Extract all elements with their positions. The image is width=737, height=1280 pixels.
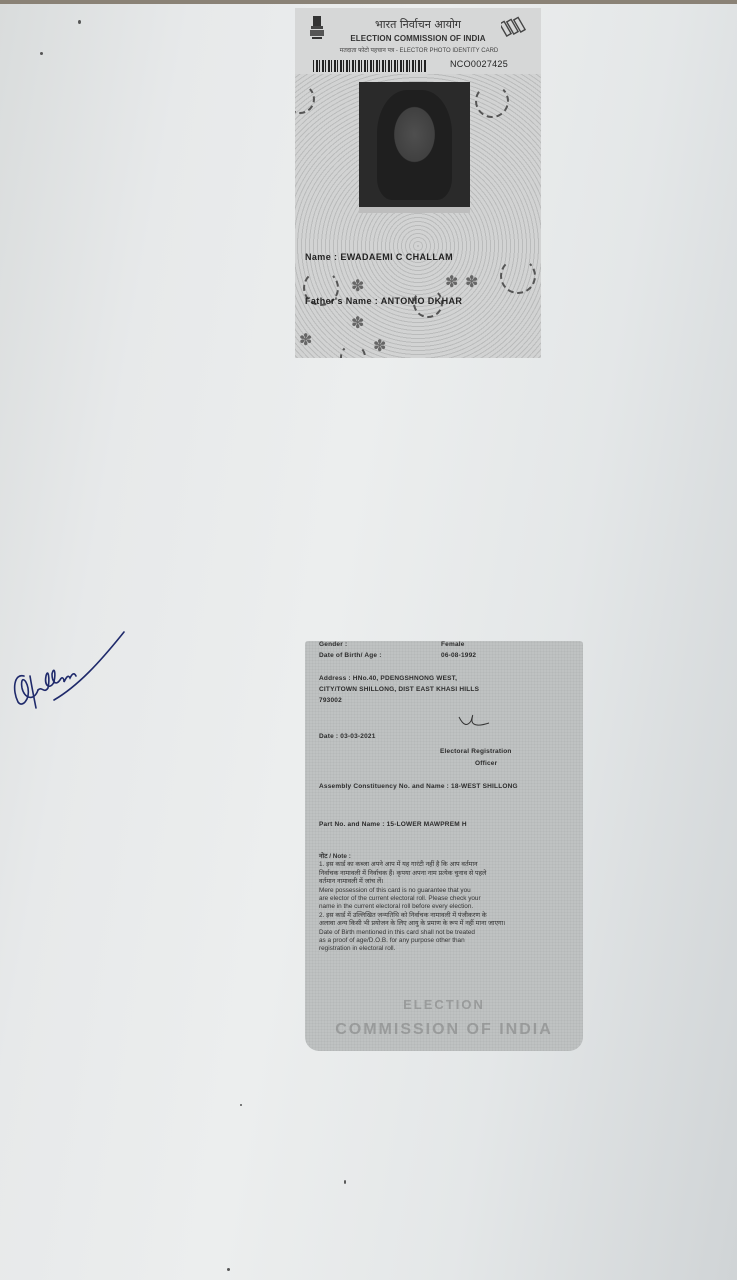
constituency-label: Assembly Constituency No. and Name : — [319, 783, 449, 790]
atom-pattern-icon: ✽ — [351, 276, 364, 296]
address-line-1: Address : HNo.40, PDENGSHNONG WEST, — [319, 675, 457, 682]
dob-label: Date of Birth/ Age : — [319, 652, 382, 659]
gender-label: Gender : — [319, 641, 347, 648]
name-value: EWADAEMI C CHALLAM — [340, 252, 453, 262]
watermark-line-2: COMMISSION OF INDIA — [305, 1021, 583, 1039]
paper-top-edge — [0, 0, 737, 4]
note-line: 2. इस कार्ड में उल्लिखित जन्मतिथि को निर… — [319, 912, 571, 920]
father-name-value: ANTONIO DKHAR — [381, 296, 463, 306]
note-line: वर्तमान नामावली में जांच लें। — [319, 878, 571, 886]
note-line: Mere possession of this card is no guara… — [319, 887, 571, 895]
card-header: भारत निर्वाचन आयोग ELECTION COMMISSION O… — [295, 8, 541, 74]
photo-silhouette — [377, 90, 452, 200]
address-label: Address : — [319, 675, 351, 682]
issue-date-label: Date : — [319, 733, 338, 740]
paper-speck — [78, 20, 81, 24]
atom-pattern-icon: ✽ — [373, 336, 386, 356]
issue-date: Date : 03-03-2021 — [319, 733, 376, 740]
constituency-value: 18-WEST SHILLONG — [451, 783, 518, 790]
paper-speck — [240, 1104, 242, 1106]
note-line: Date of Birth mentioned in this card sha… — [319, 929, 571, 937]
note-line: are elector of the current electoral rol… — [319, 895, 571, 903]
note-line: registration in electoral roll. — [319, 945, 571, 953]
barcode — [313, 60, 427, 72]
address-line-2: CITY/TOWN SHILLONG, DIST EAST KHASI HILL… — [319, 686, 479, 693]
atom-pattern-icon: ✽ — [445, 272, 458, 292]
voter-id-card-back: Gender : Female Date of Birth/ Age : 06-… — [305, 641, 583, 1051]
address-line-3: 793002 — [319, 697, 342, 704]
ero-title-line-1: Electoral Registration — [440, 748, 512, 755]
ero-title-line-2: Officer — [475, 760, 497, 767]
father-name-label: Father's Name : — [305, 296, 378, 306]
name-field: Name : EWADAEMI C CHALLAM — [305, 252, 453, 262]
atom-pattern-icon: ✽ — [351, 313, 364, 333]
decorative-swirl-icon — [475, 84, 509, 118]
part-label: Part No. and Name : — [319, 821, 385, 828]
holder-photo — [359, 82, 470, 213]
father-name-field: Father's Name : ANTONIO DKHAR — [305, 296, 462, 306]
name-label: Name : — [305, 252, 337, 262]
note-line: as a proof of age/D.O.B. for any purpose… — [319, 937, 571, 945]
part-line: Part No. and Name : 15-LOWER MAWPREM H — [319, 821, 467, 828]
epic-number: NCO0027425 — [450, 59, 508, 69]
gender-value: Female — [441, 641, 465, 648]
paper-speck — [227, 1268, 230, 1271]
note-line: 1. इस कार्ड का कब्जा अपने आप में यह गारं… — [319, 861, 571, 869]
ero-signature — [455, 711, 495, 731]
paper-speck — [40, 52, 43, 55]
note-line: name in the current electoral roll befor… — [319, 903, 571, 911]
decorative-swirl-icon — [295, 84, 315, 114]
issue-date-value: 03-03-2021 — [340, 733, 375, 740]
note-line: अलावा अन्य किसी भी प्रयोजन के लिए आयु के… — [319, 920, 571, 928]
evm-voting-icon — [501, 16, 527, 38]
dob-value: 06-08-1992 — [441, 652, 476, 659]
note-line: निर्वाचक नामावली में निर्वाचक हैं। कृपया… — [319, 870, 571, 878]
atom-pattern-icon: ✽ — [299, 330, 312, 350]
decorative-swirl-icon — [500, 258, 536, 294]
paper-speck — [344, 1180, 346, 1184]
handwritten-signature — [8, 628, 128, 713]
constituency-line: Assembly Constituency No. and Name : 18-… — [319, 783, 518, 790]
decorative-swirl-icon — [340, 344, 366, 358]
voter-id-card-front: भारत निर्वाचन आयोग ELECTION COMMISSION O… — [295, 8, 541, 358]
part-value: 15-LOWER MAWPREM H — [387, 821, 467, 828]
address-value-1: HNo.40, PDENGSHNONG WEST, — [353, 675, 457, 682]
note-block: नोट / Note : 1. इस कार्ड का कब्जा अपने आ… — [319, 853, 571, 954]
watermark-line-1: ELECTION — [305, 997, 583, 1012]
atom-pattern-icon: ✽ — [465, 272, 478, 292]
card-type-label: मतदाता फोटो पहचान पत्र - ELECTOR PHOTO I… — [305, 46, 533, 54]
